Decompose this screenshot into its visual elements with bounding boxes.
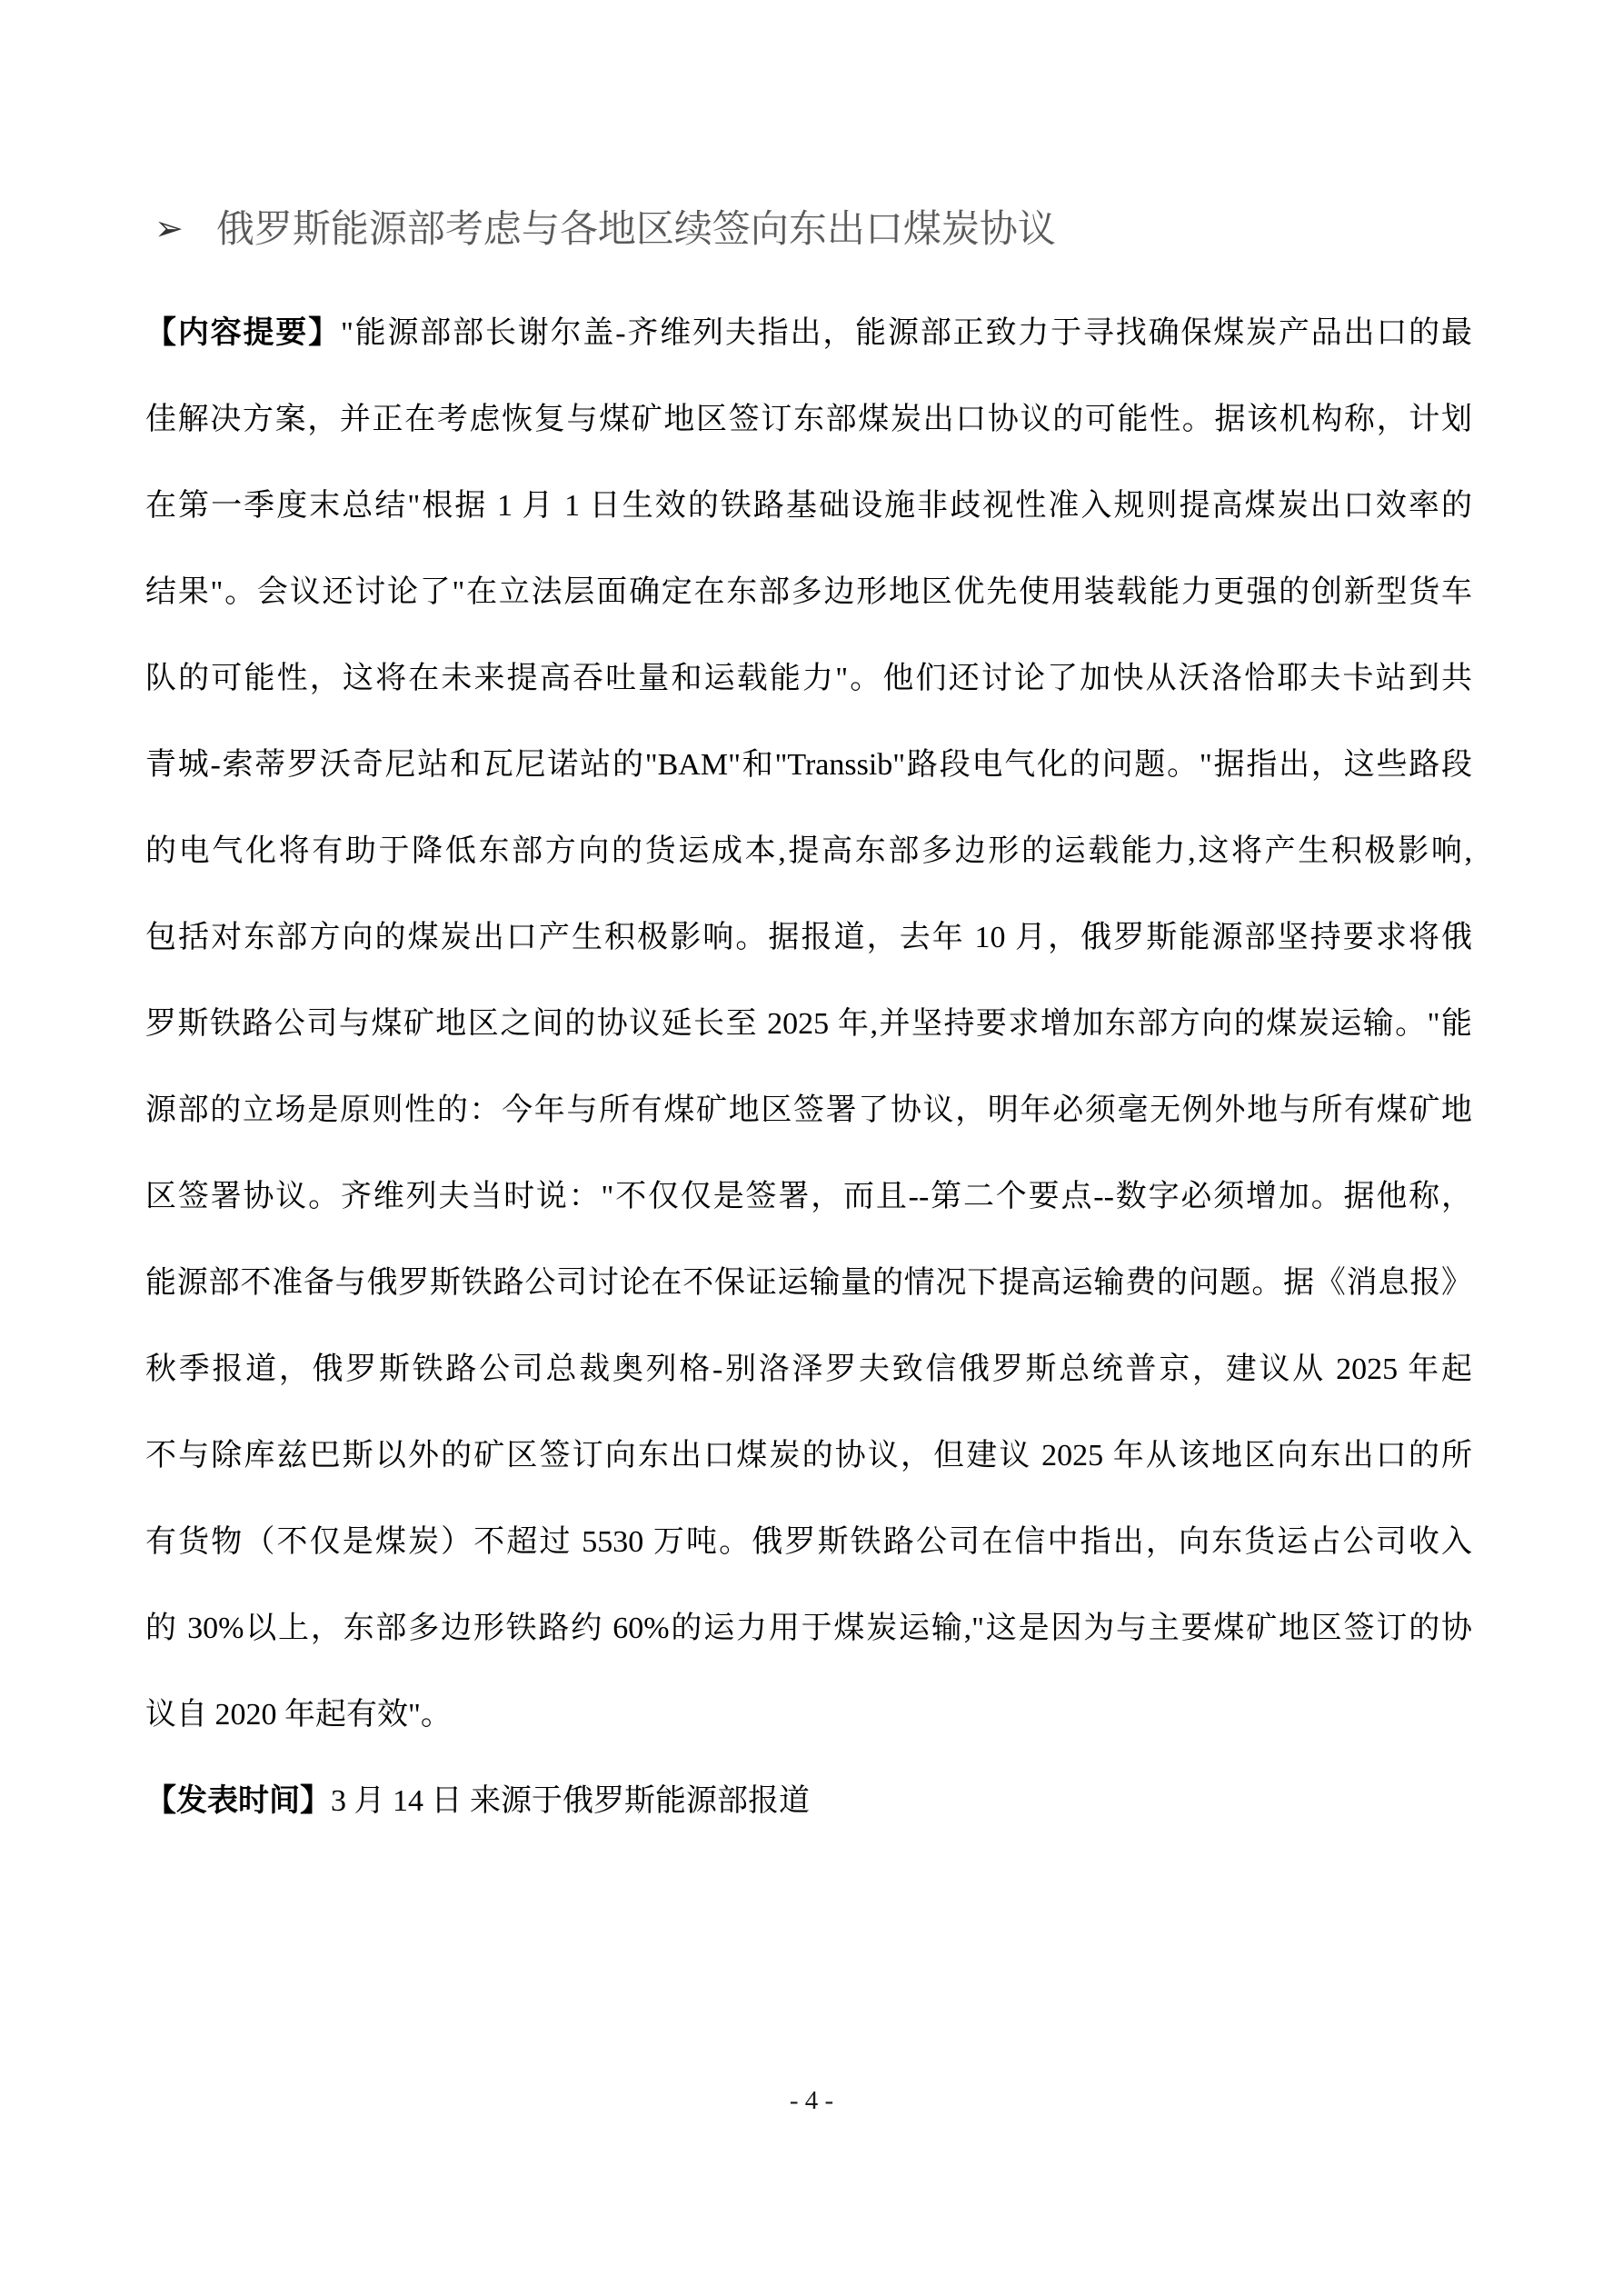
publish-info-line: 【发表时间】3 月 14 日 来源于俄罗斯能源部报道 [145,1758,1472,1844]
paragraph-line: 青城-索蒂罗沃奇尼站和瓦尼诺站的"BAM"和"Transsib"路段电气化的问题… [145,722,1472,808]
paragraph-line: 在第一季度末总结"根据 1 月 1 日生效的铁路基础设施非歧视性准入规则提高煤炭… [145,463,1472,549]
paragraph-line: 源部的立场是原则性的：今年与所有煤矿地区签署了协议，明年必须毫无例外地与所有煤矿… [145,1067,1472,1153]
article-title: 俄罗斯能源部考虑与各地区续签向东出口煤炭协议 [216,209,1056,251]
page-footer: - 4 - [0,2086,1623,2116]
summary-label: 【内容提要】 [145,316,341,350]
paragraph-line: 议自 2020 年起有效"。 [145,1672,1472,1758]
publish-time-text: 3 月 14 日 来源于俄罗斯能源部报道 [331,1784,810,1818]
paragraph-line: 佳解决方案，并正在考虑恢复与煤矿地区签订东部煤炭出口协议的可能性。据该机构称，计… [145,376,1472,463]
paragraph-text: "能源部部长谢尔盖-齐维列夫指出，能源部正致力于寻找确保煤炭产品出口的最 [341,316,1472,350]
paragraph-line: 的 30%以上，东部多边形铁路约 60%的运力用于煤炭运输,"这是因为与主要煤矿… [145,1585,1472,1672]
article-heading: ➢俄罗斯能源部考虑与各地区续签向东出口煤炭协议 [145,202,1472,259]
arrow-bullet-icon: ➢ [154,201,184,257]
paragraph-line: 队的可能性，这将在未来提高吞吐量和运载能力"。他们还讨论了加快从沃洛恰耶夫卡站到… [145,635,1472,722]
paragraph-line: 【内容提要】"能源部部长谢尔盖-齐维列夫指出，能源部正致力于寻找确保煤炭产品出口… [145,290,1472,376]
paragraph-lines: 佳解决方案，并正在考虑恢复与煤矿地区签订东部煤炭出口协议的可能性。据该机构称，计… [145,376,1472,1672]
page-content: ➢俄罗斯能源部考虑与各地区续签向东出口煤炭协议 【内容提要】"能源部部长谢尔盖-… [145,0,1472,1844]
page-number: - 4 - [790,2086,833,2115]
paragraph-line: 区签署协议。齐维列夫当时说："不仅仅是签署，而且--第二个要点--数字必须增加。… [145,1153,1472,1240]
paragraph-line: 秋季报道，俄罗斯铁路公司总裁奥列格-别洛泽罗夫致信俄罗斯总统普京，建议从 202… [145,1326,1472,1413]
paragraph-line: 不与除库兹巴斯以外的矿区签订向东出口煤炭的协议，但建议 2025 年从该地区向东… [145,1413,1472,1499]
paragraph-line: 的电气化将有助于降低东部方向的货运成本,提高东部多边形的运载能力,这将产生积极影… [145,808,1472,894]
paragraph-line: 结果"。会议还讨论了"在立法层面确定在东部多边形地区优先使用装载能力更强的创新型… [145,549,1472,635]
paragraph-line: 罗斯铁路公司与煤矿地区之间的协议延长至 2025 年,并坚持要求增加东部方向的煤… [145,981,1472,1067]
paragraph-line: 有货物（不仅是煤炭）不超过 5530 万吨。俄罗斯铁路公司在信中指出，向东货运占… [145,1499,1472,1585]
document-page: ➢俄罗斯能源部考虑与各地区续签向东出口煤炭协议 【内容提要】"能源部部长谢尔盖-… [0,0,1623,2296]
paragraph-line: 能源部不准备与俄罗斯铁路公司讨论在不保证运输量的情况下提高运输费的问题。据《消息… [145,1240,1472,1326]
paragraph-line: 包括对东部方向的煤炭出口产生积极影响。据报道，去年 10 月，俄罗斯能源部坚持要… [145,894,1472,981]
summary-paragraph: 【内容提要】"能源部部长谢尔盖-齐维列夫指出，能源部正致力于寻找确保煤炭产品出口… [145,290,1472,1758]
publish-time-label: 【发表时间】 [145,1784,331,1818]
